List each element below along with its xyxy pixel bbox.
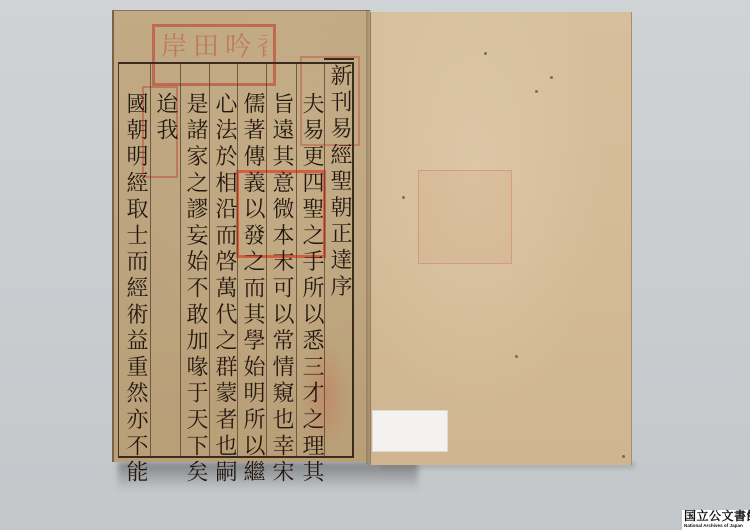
paper-speck xyxy=(535,90,538,93)
text-frame-right-border xyxy=(352,62,354,458)
text-column-7: 國朝明經取士而經術益重然亦不能 xyxy=(122,92,148,487)
text-column-6: 迨我 xyxy=(152,92,178,145)
column-rule xyxy=(296,64,297,456)
text-column-5: 是諸家之謬妄始不敢加喙于天下矣 xyxy=(182,92,208,487)
column-rule xyxy=(324,64,325,456)
archives-logo: 国立公文書館 National Archives of Japan xyxy=(682,510,750,530)
paper-speck xyxy=(484,52,487,55)
column-rule xyxy=(237,64,238,456)
logo-text-jp: 国立公文書館 xyxy=(684,510,750,523)
column-rule xyxy=(266,64,267,456)
column-rule xyxy=(209,64,210,456)
column-rule xyxy=(150,64,151,456)
white-paper-label xyxy=(372,410,448,452)
paper-speck xyxy=(622,455,625,458)
title-column: 新刊易經聖朝正達序 xyxy=(326,64,352,301)
paper-speck xyxy=(550,76,553,79)
text-column-2: 旨遠其意微本末可以常情窺也幸宋 xyxy=(268,92,294,487)
logo-text-en: National Archives of Japan xyxy=(684,523,743,529)
text-column-4: 心法於相沿而啓萬代之群蒙者也嗣 xyxy=(211,92,237,487)
column-rule xyxy=(180,64,181,456)
title-frame-top xyxy=(324,58,354,60)
paper-speck xyxy=(402,196,405,199)
text-column-1: 夫易更四聖之手所以悉三才之理其 xyxy=(298,92,324,487)
spine-shadow xyxy=(366,10,372,464)
seal-faint-right-page xyxy=(418,170,512,264)
paper-speck xyxy=(515,355,518,358)
text-column-3: 儒著傳義以發之而其學始明所以繼 xyxy=(239,92,265,487)
